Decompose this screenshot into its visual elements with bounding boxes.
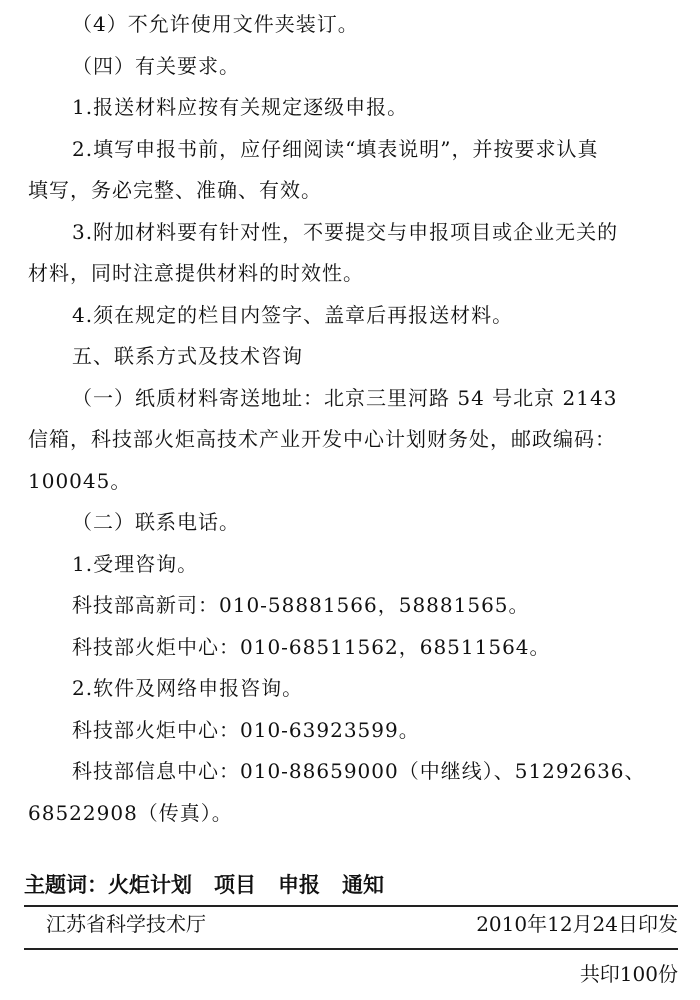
keyword: 通知 (342, 873, 384, 897)
paragraph-line: 3.附加材料要有针对性，不要提交与申报项目或企业无关的 (72, 218, 618, 246)
paragraph-line: 科技部火炬中心：010-63923599。 (72, 716, 420, 744)
paragraph-line: （一）纸质材料寄送地址：北京三里河路 54 号北京 2143 (72, 384, 617, 412)
paragraph-line: 68522908（传真）。 (28, 799, 233, 827)
issuer: 江苏省科学技术厅 (46, 910, 206, 938)
paragraph-line: 科技部火炬中心：010-68511562，68511564。 (72, 633, 551, 661)
keyword: 火炬计划 (108, 873, 192, 897)
paragraph-line: 2.软件及网络申报咨询。 (72, 674, 303, 702)
paragraph-line: 100045。 (28, 467, 131, 495)
paragraph-line: （4）不允许使用文件夹装订。 (72, 10, 359, 38)
paragraph-line: 科技部高新司：010-58881566，58881565。 (72, 591, 530, 619)
subject-keywords: 主题词：火炬计划项目申报通知 (24, 870, 406, 900)
paragraph-line: 材料，同时注意提供材料的时效性。 (28, 259, 364, 287)
paragraph-line: 1.报送材料应按有关规定逐级申报。 (72, 93, 408, 121)
paragraph-line: （四）有关要求。 (72, 52, 240, 80)
paragraph-line: 科技部信息中心：010-88659000（中继线）、51292636、 (72, 757, 646, 785)
keywords-label: 主题词： (24, 873, 108, 897)
divider-top (24, 905, 678, 907)
paragraph-line: 信箱，科技部火炬高技术产业开发中心计划财务处，邮政编码： (28, 425, 616, 453)
paragraph-line: 填写，务必完整、准确、有效。 (28, 176, 322, 204)
divider-bottom (24, 948, 678, 950)
issue-date: 2010年12月24日印发 (476, 910, 678, 938)
keyword: 申报 (278, 873, 320, 897)
paragraph-line: 五、联系方式及技术咨询 (72, 342, 303, 370)
keyword: 项目 (214, 873, 256, 897)
print-copies: 共印100份 (580, 960, 678, 988)
paragraph-line: 1.受理咨询。 (72, 550, 198, 578)
paragraph-line: 4.须在规定的栏目内签字、盖章后再报送材料。 (72, 301, 513, 329)
paragraph-line: （二）联系电话。 (72, 508, 240, 536)
paragraph-line: 2.填写申报书前，应仔细阅读“填表说明”，并按要求认真 (72, 135, 599, 163)
